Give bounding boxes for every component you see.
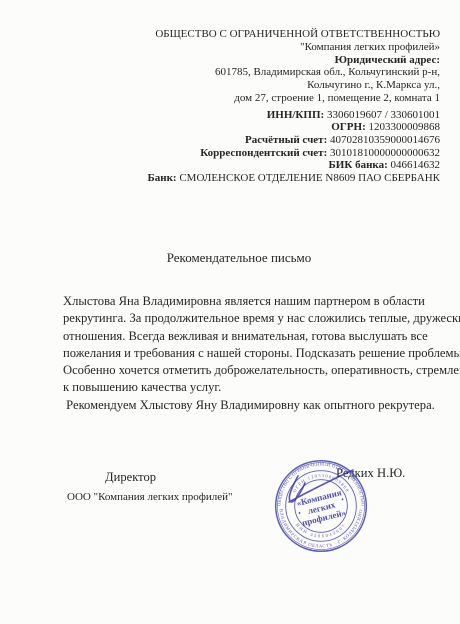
address-line-1: 601785, Владимирская обл., Кольчугинский… [147, 66, 440, 79]
letterhead: ОБЩЕСТВО С ОГРАНИЧЕННОЙ ОТВЕТСТВЕННОСТЬЮ… [147, 28, 440, 184]
requisite-settlement-account: Расчётный счет: 40702810359000014676 [147, 134, 440, 147]
address-line-2: Кольчугино г., К.Маркса ул., [147, 79, 440, 92]
company-name: ООО "Компания легких профилей" [67, 491, 232, 503]
address-line-3: дом 27, строение 1, помещение 2, комната… [147, 92, 440, 105]
body-line: рекрутинга. За продолжительное время у н… [63, 310, 453, 327]
company-stamp: ОБЩЕСТВО С ОГРАНИЧЕННОЙ ОТВЕТСТВЕННОСТЬЮ… [266, 451, 376, 561]
requisite-value: 1203300009868 [369, 121, 441, 133]
org-name-line1: ОБЩЕСТВО С ОГРАНИЧЕННОЙ ОТВЕТСТВЕННОСТЬЮ [147, 28, 440, 41]
body-line: Рекомендуем Хлыстову Яну Владимировну ка… [63, 397, 453, 414]
body-line: Хлыстова Яна Владимировна является нашим… [63, 293, 453, 310]
director-label: Директор [105, 470, 156, 485]
requisite-value: 30101810000000000632 [330, 147, 440, 159]
body-line: Особенно хочется отметить доброжелательн… [63, 362, 453, 379]
stamp-left-diamond-icon: ♦ [298, 510, 302, 516]
requisite-value: СМОЛЕНСКОЕ ОТДЕЛЕНИЕ N8609 ПАО СБЕРБАНК [179, 172, 440, 184]
requisite-value: 046614632 [391, 159, 441, 171]
stamp-right-diamond-icon: ♦ [341, 496, 345, 502]
requisite-inn-kpp: ИНН/КПП: 3306019607 / 330601001 [147, 109, 440, 122]
requisite-ogrn: ОГРН: 1203300009868 [147, 121, 440, 134]
stamp-center-text: «Компания легких профилей» ♦ ♦ [295, 487, 349, 528]
letter-title: Рекомендательное письмо [0, 250, 460, 266]
body-line: к повышению качества услуг. [63, 379, 453, 396]
requisite-label: Банк: [147, 172, 176, 184]
requisite-bank: Банк: СМОЛЕНСКОЕ ОТДЕЛЕНИЕ N8609 ПАО СБЕ… [147, 172, 440, 185]
body-line: отношения. Всегда вежливая и внимательна… [63, 328, 453, 345]
requisite-label: Расчётный счет: [245, 134, 327, 146]
requisite-label: ОГРН: [331, 121, 366, 133]
document-page: ОБЩЕСТВО С ОГРАНИЧЕННОЙ ОТВЕТСТВЕННОСТЬЮ… [0, 0, 460, 624]
requisite-label: ИНН/КПП: [267, 109, 324, 121]
requisite-value: 3306019607 / 330601001 [327, 109, 440, 121]
requisite-label: Корреспондентский счет: [200, 147, 327, 159]
org-name-line2: "Компания легких профилей» [147, 41, 440, 54]
requisite-correspondent-account: Корреспондентский счет: 3010181000000000… [147, 147, 440, 160]
body-line: пожелания и требования с нашей стороны. … [63, 345, 453, 362]
requisite-value: 40702810359000014676 [330, 134, 440, 146]
letter-body: Хлыстова Яна Владимировна является нашим… [63, 293, 453, 414]
requisite-label: БИК банка: [329, 159, 388, 171]
requisite-bik: БИК банка: 046614632 [147, 159, 440, 172]
legal-address-label: Юридический адрес: [147, 54, 440, 67]
